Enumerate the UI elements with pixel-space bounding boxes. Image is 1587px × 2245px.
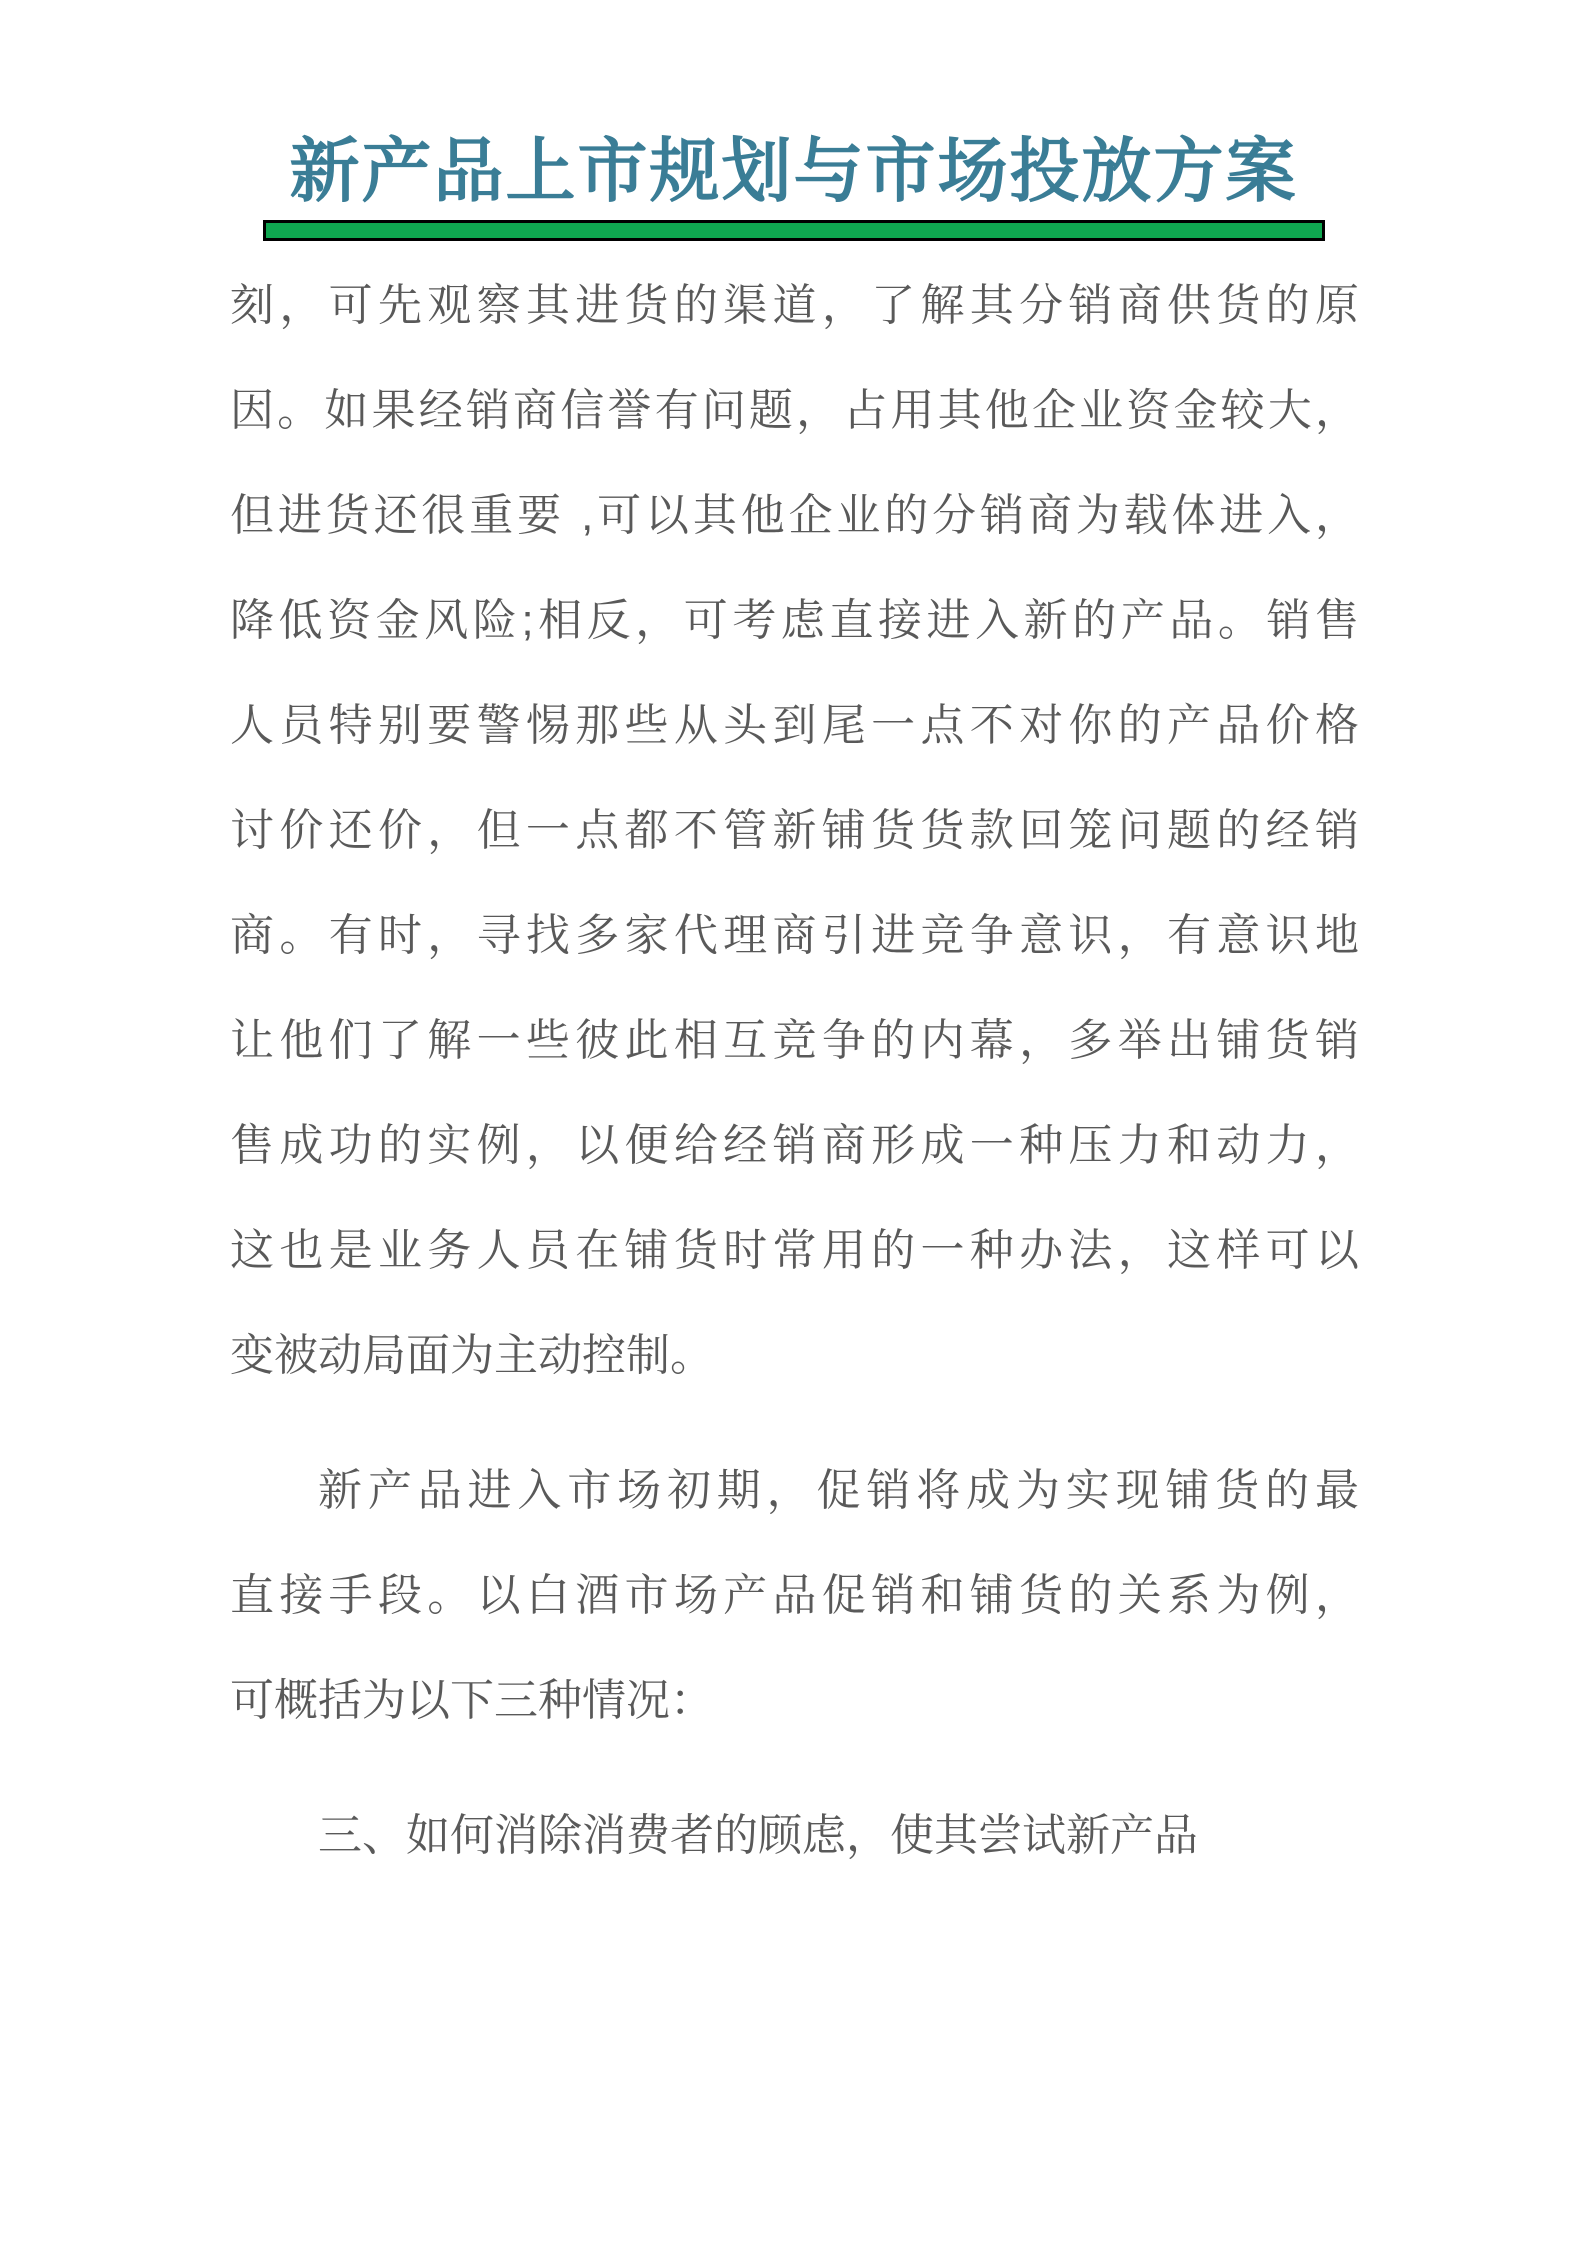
document-page: 新产品上市规划与市场投放方案 刻，可先观察其进货的渠道，了解其分销商供货的原 因… [0, 0, 1587, 2245]
text-line: 售成功的实例，以便给经销商形成一种压力和动力， [230, 1093, 1359, 1198]
text-line: 变被动局面为主动控制。 [230, 1303, 1359, 1408]
text-line: 让他们了解一些彼此相互竞争的内幕，多举出铺货销 [230, 988, 1359, 1093]
text-line: 直接手段。以白酒市场产品促销和铺货的关系为例， [230, 1543, 1359, 1648]
text-line: 但进货还很重要 ,可以其他企业的分销商为载体进入， [230, 463, 1359, 568]
paragraph-1: 刻，可先观察其进货的渠道，了解其分销商供货的原 因。如果经销商信誉有问题，占用其… [230, 253, 1359, 1408]
text-line: 降低资金风险;相反，可考虑直接进入新的产品。销售 [230, 568, 1359, 673]
text-line: 因。如果经销商信誉有问题，占用其他企业资金较大， [230, 358, 1359, 463]
text-line: 人员特别要警惕那些从头到尾一点不对你的产品价格 [230, 673, 1359, 778]
text-line: 讨价还价，但一点都不管新铺货货款回笼问题的经销 [230, 778, 1359, 883]
paragraph-2: 新产品进入市场初期，促销将成为实现铺货的最 直接手段。以白酒市场产品促销和铺货的… [230, 1438, 1359, 1753]
page-title: 新产品上市规划与市场投放方案 [0, 135, 1587, 207]
text-line: 这也是业务人员在铺货时常用的一种办法，这样可以 [230, 1198, 1359, 1303]
title-underline-bar [263, 220, 1325, 241]
text-line: 商。有时，寻找多家代理商引进竞争意识，有意识地 [230, 883, 1359, 988]
document-body: 刻，可先观察其进货的渠道，了解其分销商供货的原 因。如果经销商信誉有问题，占用其… [230, 253, 1359, 1888]
text-line: 三、如何消除消费者的顾虑，使其尝试新产品 [230, 1783, 1359, 1888]
text-line: 可概括为以下三种情况： [230, 1648, 1359, 1753]
text-line: 新产品进入市场初期，促销将成为实现铺货的最 [230, 1438, 1359, 1543]
text-line: 刻，可先观察其进货的渠道，了解其分销商供货的原 [230, 253, 1359, 358]
paragraph-3: 三、如何消除消费者的顾虑，使其尝试新产品 [230, 1783, 1359, 1888]
